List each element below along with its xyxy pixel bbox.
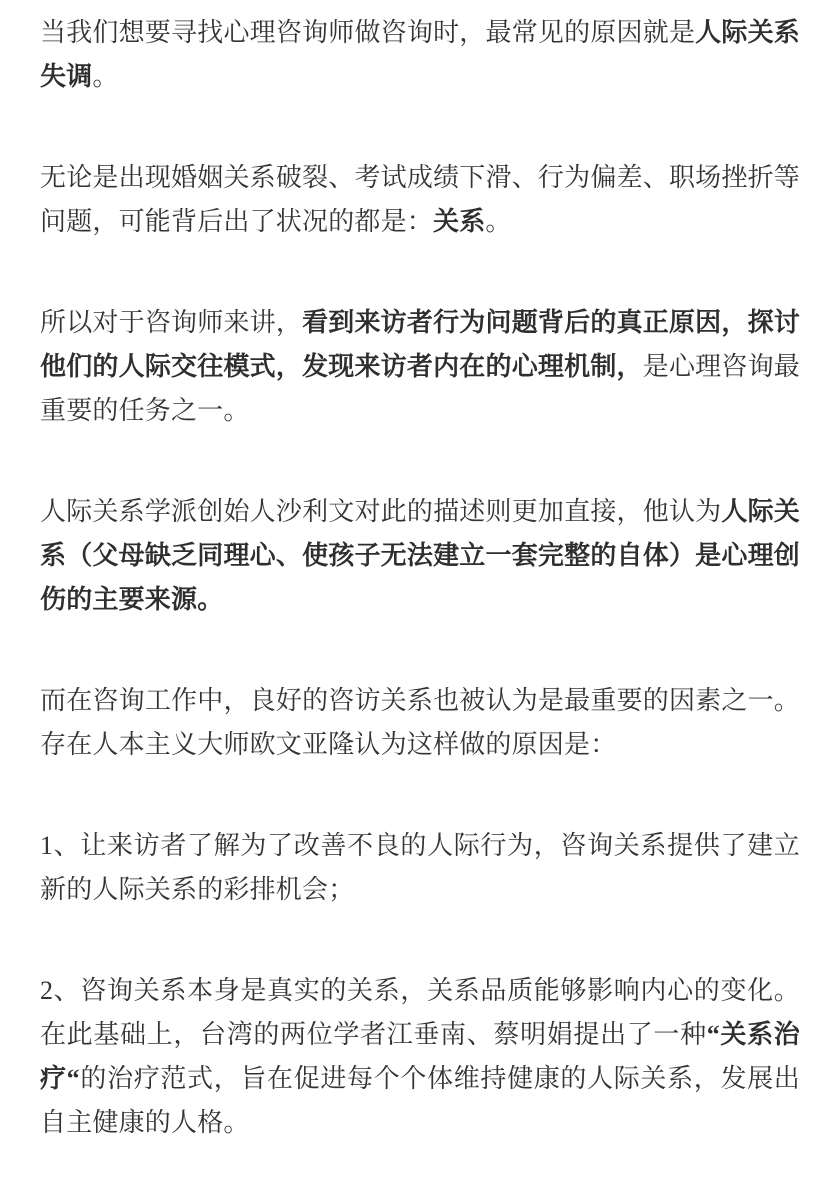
text-segment: 。	[485, 207, 511, 236]
paragraph-7: 2、咨询关系本身是真实的关系，关系品质能够影响内心的变化。在此基础上，台湾的两位…	[40, 969, 800, 1145]
article-body: 当我们想要寻找心理咨询师做咨询时，最常见的原因就是人际关系失调。无论是出现婚姻关…	[0, 0, 840, 1145]
paragraph-6: 1、让来访者了解为了改善不良的人际行为，咨询关系提供了建立新的人际关系的彩排机会…	[40, 824, 800, 912]
paragraph-5: 而在咨询工作中，良好的咨访关系也被认为是最重要的因素之一。存在人本主义大师欧文亚…	[40, 679, 800, 767]
text-segment: 1、让来访者了解为了改善不良的人际行为，咨询关系提供了建立新的人际关系的彩排机会…	[40, 831, 800, 904]
text-segment: 的治疗范式，旨在促进每个个体维持健康的人际关系，发展出自主健康的人格。	[40, 1064, 800, 1137]
text-segment: 无论是出现婚姻关系破裂、考试成绩下滑、行为偏差、职场挫折等问题，可能背后出了状况…	[40, 163, 800, 236]
text-segment: 所以对于咨询师来讲，	[40, 308, 302, 337]
text-segment: 。	[92, 62, 118, 91]
bold-text-segment: 关系	[433, 207, 485, 236]
paragraph-3: 所以对于咨询师来讲，看到来访者行为问题背后的真正原因，探讨他们的人际交往模式，发…	[40, 301, 800, 433]
paragraph-4: 人际关系学派创始人沙利文对此的描述则更加直接，他认为人际关系（父母缺乏同理心、使…	[40, 490, 800, 622]
paragraph-1: 当我们想要寻找心理咨询师做咨询时，最常见的原因就是人际关系失调。	[40, 11, 800, 99]
text-segment: 人际关系学派创始人沙利文对此的描述则更加直接，他认为	[40, 497, 721, 526]
paragraph-2: 无论是出现婚姻关系破裂、考试成绩下滑、行为偏差、职场挫折等问题，可能背后出了状况…	[40, 156, 800, 244]
text-segment: 而在咨询工作中，良好的咨访关系也被认为是最重要的因素之一。存在人本主义大师欧文亚…	[40, 686, 800, 759]
text-segment: 当我们想要寻找心理咨询师做咨询时，最常见的原因就是	[40, 18, 695, 47]
text-segment: 2、咨询关系本身是真实的关系，关系品质能够影响内心的变化。在此基础上，台湾的两位…	[40, 976, 800, 1049]
